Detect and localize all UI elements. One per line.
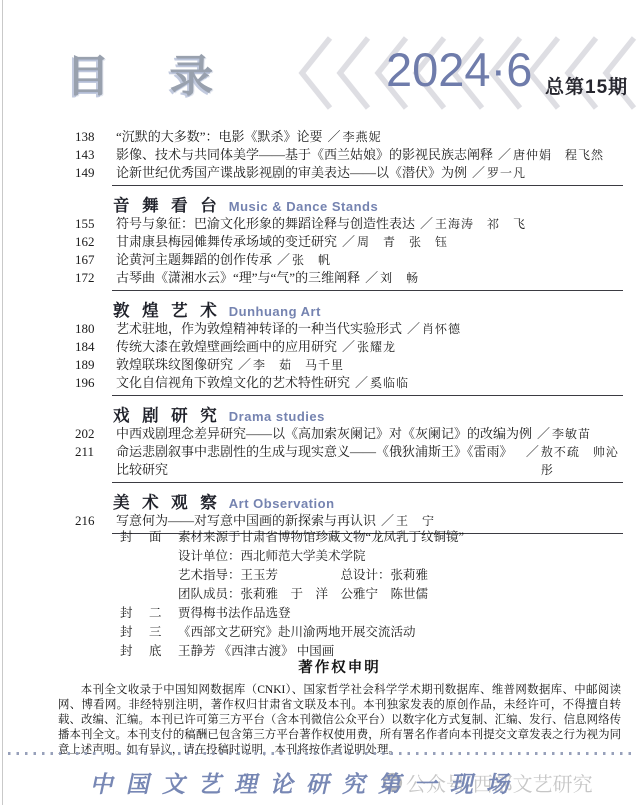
- article-authors: 肖怀德: [422, 320, 461, 338]
- author-separator: ／: [537, 425, 550, 443]
- page-number: 180: [75, 320, 116, 338]
- article-authors: 李 茹 马千里: [253, 356, 344, 374]
- article-authors: 王海涛 祁 飞: [435, 215, 526, 233]
- author-separator: ／: [342, 338, 355, 356]
- article-authors: 周 青 张 钰: [357, 233, 448, 251]
- copyright-notice: 著作权申明 本刊全文收录于中国知网数据库（CNKI）、国家哲学社会科学学术期刊数…: [58, 656, 621, 758]
- article-authors: 奚临临: [370, 374, 409, 392]
- toc-entry: 155 符号与象征：巴渝文化形象的舞蹈诠释与创造性表达 ／ 王海涛 祁 飞: [75, 215, 623, 233]
- copyright-title: 著作权申明: [58, 656, 621, 677]
- article-title: 符号与象征：巴渝文化形象的舞蹈诠释与创造性表达: [116, 215, 415, 233]
- cover-label: 封 三: [120, 623, 166, 642]
- article-title: 古琴曲《潇湘水云》“理”与“气”的三维阐释: [116, 269, 360, 287]
- page-number: 155: [75, 215, 116, 233]
- author-separator: ／: [498, 146, 511, 164]
- cover-label: 封 二: [120, 604, 166, 623]
- issue-total-label: 总第15期: [545, 72, 628, 99]
- section-divider: [112, 290, 623, 291]
- cover-three: 封 三 《西部文艺研究》赴川渝两地开展交流活动: [120, 623, 623, 642]
- cover-line: 《西部文艺研究》赴川渝两地开展交流活动: [178, 623, 416, 642]
- section-title-zh: 美 术 观 察: [113, 489, 221, 513]
- page-edge-line: [2, 0, 3, 805]
- author-separator: ／: [355, 374, 368, 392]
- page-number: 196: [75, 374, 116, 392]
- page-number: 162: [75, 233, 116, 251]
- page-number: 189: [75, 356, 116, 374]
- section-divider: [112, 395, 623, 396]
- cover-line: 设计单位：西北师范大学美术学院: [178, 547, 464, 566]
- article-authors: 罗一凡: [487, 164, 526, 182]
- cover-line: 团队成员：张莉雅 于 洋 公雅宁 陈世儒: [178, 585, 464, 604]
- toc-entry: 167 论黄河主题舞蹈的创作传承 ／ 张 帆: [75, 251, 623, 269]
- toc-entry: 189 敦煌联珠纹图像研究 ／ 李 茹 马千里: [75, 356, 623, 374]
- page-number: 184: [75, 338, 116, 356]
- issue-number: 2024·6: [386, 42, 532, 97]
- article-title: “沉默的大多数”：电影《默杀》论要: [116, 128, 323, 146]
- cover-line: 贾得梅书法作品选登: [178, 604, 291, 623]
- article-title: 论黄河主题舞蹈的创作传承: [116, 251, 272, 269]
- section-heading-drama-studies: 戏 剧 研 究 Drama studies: [113, 402, 623, 423]
- toc-entry: 143 影像、技术与共同体美学——基于《西兰姑娘》的影视民族志阐释 ／ 唐仲娟 …: [75, 146, 623, 164]
- cover-line: 艺术指导：王玉芳 总设计：张莉雅: [178, 566, 464, 585]
- article-authors: 李敏苗: [552, 425, 591, 443]
- toc-list: 138 “沉默的大多数”：电影《默杀》论要 ／ 李燕妮 143 影像、技术与共同…: [75, 128, 623, 537]
- cover-front: 封 面 素材来源于甘肃省博物馆珍藏文物“龙凤乳丁纹铜镜” 设计单位：西北师范大学…: [120, 528, 623, 604]
- footer-slogan: 中国文艺理论研究第一现场: [88, 766, 527, 799]
- page-number: 216: [75, 512, 116, 530]
- section-title-zh: 戏 剧 研 究: [113, 402, 221, 426]
- page-number: 149: [75, 164, 116, 182]
- section-heading-art-observation: 美 术 观 察 Art Observation: [113, 489, 623, 510]
- toc-entry: 162 甘肃康县梅园傩舞传承场域的变迁研究 ／ 周 青 张 钰: [75, 233, 623, 251]
- section-heading-dunhuang-art: 敦 煌 艺 术 Dunhuang Art: [113, 297, 623, 318]
- article-authors: 刘 畅: [380, 269, 419, 287]
- toc-entry: 211 命运悲剧叙事中悲剧性的生成与现实意义——《俄狄浦斯王》《雷雨》比较研究 …: [75, 443, 623, 479]
- author-separator: ／: [365, 269, 378, 287]
- section-heading-music-dance: 音 舞 看 台 Music & Dance Stands: [113, 192, 623, 213]
- article-title: 中西戏剧理念差异研究——以《高加索灰阑记》对《灰阑记》的改编为例: [116, 425, 532, 443]
- page-number: 172: [75, 269, 116, 287]
- author-separator: ／: [238, 356, 251, 374]
- toc-entry: 202 中西戏剧理念差异研究——以《高加索灰阑记》对《灰阑记》的改编为例 ／ 李…: [75, 425, 623, 443]
- cover-credits: 封 面 素材来源于甘肃省博物馆珍藏文物“龙凤乳丁纹铜镜” 设计单位：西北师范大学…: [120, 528, 623, 661]
- cover-label: 封 面: [120, 528, 166, 604]
- article-title: 影像、技术与共同体美学——基于《西兰姑娘》的影视民族志阐释: [116, 146, 493, 164]
- article-title: 传统大漆在敦煌壁画绘画中的应用研究: [116, 338, 337, 356]
- author-separator: ／: [526, 443, 539, 461]
- page-number: 167: [75, 251, 116, 269]
- page-number: 143: [75, 146, 116, 164]
- section-divider: [112, 482, 623, 483]
- author-separator: ／: [342, 233, 355, 251]
- page-number: 202: [75, 425, 116, 443]
- section-title-en: Art Observation: [229, 496, 335, 511]
- dotted-divider: [8, 752, 635, 755]
- footer: 中国文艺理论研究第一现场 公众号·西部文艺研究: [0, 758, 643, 804]
- toc-entry: 172 古琴曲《潇湘水云》“理”与“气”的三维阐释 ／ 刘 畅: [75, 269, 623, 287]
- article-title: 甘肃康县梅园傩舞传承场域的变迁研究: [116, 233, 337, 251]
- author-separator: ／: [328, 128, 341, 146]
- copyright-body: 本刊全文收录于中国知网数据库（CNKI）、国家哲学社会科学学术期刊数据库、维普网…: [58, 683, 621, 758]
- article-title: 论新世纪优秀国产谍战影视剧的审美表达——以《潜伏》为例: [116, 164, 467, 182]
- article-authors: 李燕妮: [343, 128, 382, 146]
- page-number: 211: [75, 443, 116, 461]
- article-title: 文化自信视角下敦煌文化的艺术特性研究: [116, 374, 350, 392]
- toc-entry: 138 “沉默的大多数”：电影《默杀》论要 ／ 李燕妮: [75, 128, 623, 146]
- author-separator: ／: [277, 251, 290, 269]
- page-number: 138: [75, 128, 116, 146]
- article-authors: 敖不疏 帅沁彤: [541, 443, 623, 479]
- toc-entry: 196 文化自信视角下敦煌文化的艺术特性研究 ／ 奚临临: [75, 374, 623, 392]
- cover-line: 素材来源于甘肃省博物馆珍藏文物“龙凤乳丁纹铜镜”: [178, 528, 464, 547]
- section-title-en: Dunhuang Art: [229, 304, 321, 319]
- author-separator: ／: [407, 320, 420, 338]
- article-authors: 唐仲娟 程飞然: [513, 146, 604, 164]
- author-separator: ／: [420, 215, 433, 233]
- article-title: 艺术驻地，作为敦煌精神转译的一种当代实验形式: [116, 320, 402, 338]
- author-separator: ／: [472, 164, 485, 182]
- toc-entry: 184 传统大漆在敦煌壁画绘画中的应用研究 ／ 张耀龙: [75, 338, 623, 356]
- cover-two: 封 二 贾得梅书法作品选登: [120, 604, 623, 623]
- article-authors: 张耀龙: [357, 338, 396, 356]
- article-title: 命运悲剧叙事中悲剧性的生成与现实意义——《俄狄浦斯王》《雷雨》比较研究: [116, 443, 521, 479]
- article-authors: 张 帆: [292, 251, 331, 269]
- toc-entry: 180 艺术驻地，作为敦煌精神转译的一种当代实验形式 ／ 肖怀德: [75, 320, 623, 338]
- page-title: 目 录: [66, 40, 235, 104]
- section-title-en: Drama studies: [229, 409, 325, 424]
- section-title-zh: 敦 煌 艺 术: [113, 297, 221, 321]
- article-title: 敦煌联珠纹图像研究: [116, 356, 233, 374]
- section-title-zh: 音 舞 看 台: [113, 192, 221, 216]
- journal-toc-page: { "meta": { "author_separator": "／", "ac…: [0, 0, 643, 805]
- section-title-en: Music & Dance Stands: [229, 199, 378, 214]
- section-divider: [112, 185, 623, 186]
- toc-entry: 149 论新世纪优秀国产谍战影视剧的审美表达——以《潜伏》为例 ／ 罗一凡: [75, 164, 623, 182]
